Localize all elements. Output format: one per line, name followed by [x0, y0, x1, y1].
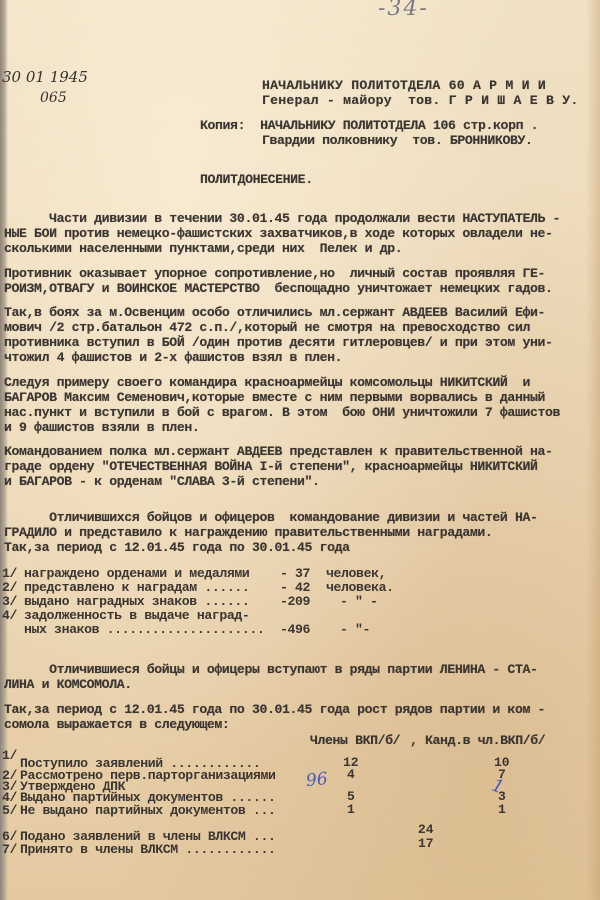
komsomol-row-label: Принято в члены ВЛКСМ ............ [20, 842, 275, 857]
awards-list-value: - 37 [280, 566, 310, 581]
awards-list-marker: 2/ [2, 580, 17, 595]
awards-list-label: выдано наградных знаков ...... [24, 594, 249, 609]
paragraph-2-line: Противник оказывает упорное сопротивлени… [4, 266, 545, 281]
party-row-marker: 1/ [2, 748, 17, 763]
paragraph-3-line: чтожил 4 фашистов и 2-х фашистов взял в … [4, 350, 342, 365]
addressee-line-1: НАЧАЛЬНИКУ ПОЛИТОТДЕЛА 60 А Р М И И [262, 78, 546, 93]
awards-list-unit: - " - [340, 594, 378, 609]
party-row-marker: 5/ [2, 803, 17, 818]
awards-list-marker: 1/ [2, 566, 17, 581]
handwritten-blue-note: 96 [305, 769, 329, 791]
party-row-members: 1 [347, 802, 355, 817]
document-title: ПОЛИТДОНЕСЕНИЕ. [200, 172, 313, 187]
party-row-candidates: 1 [498, 802, 506, 817]
paragraph-3-line: Так,в боях за м.Освенцим особо отличилис… [4, 305, 545, 320]
paragraph-3-line: противника вступил в БОЙ /один против де… [4, 335, 553, 350]
paragraph-8-line: сомола выражается в следующем: [4, 717, 229, 732]
awards-list-value: -209 [280, 594, 310, 609]
copy-line-1: Копия: НАЧАЛЬНИКУ ПОЛИТОТДЕЛА 106 стр.ко… [200, 118, 538, 133]
awards-list-label: задолженность в выдаче наград- [24, 608, 249, 623]
awards-list-value: -496 [280, 622, 310, 637]
awards-list-label: награждено орденами и медалями [24, 566, 249, 581]
awards-list-label: представлено к наградам ...... [24, 580, 249, 595]
page-edge [586, 0, 600, 900]
party-row-members: 4 [347, 767, 355, 782]
paragraph-4-line: Следуя примеру своего командира красноар… [4, 375, 530, 390]
komsomol-row-value: 17 [418, 836, 434, 851]
awards-list-unit: - "- [340, 622, 370, 637]
komsomol-row-value: 24 [418, 822, 434, 837]
paragraph-7-line: ЛИНА и КОМСОМОЛА. [4, 677, 132, 692]
addressee-line-2: Генерал - майору тов. Г Р И Ш А Е В У. [262, 93, 578, 108]
party-table-header-members: Члены ВКП/б/ [310, 733, 400, 748]
paragraph-7-line: Отличившиеся бойцы и офицеры вступают в … [4, 662, 537, 677]
paragraph-5-line: Командованием полка мл.сержант АВДЕЕВ пр… [4, 444, 553, 459]
komsomol-row-marker: 7/ [2, 842, 17, 857]
paragraph-8-line: Так,за период с 12.01.45 года по 30.01.4… [4, 702, 545, 717]
paragraph-4-line: и 9 фашистов взяли в плен. [4, 420, 199, 435]
paragraph-1-line: сколькими населенными пунктами,среди них… [4, 241, 402, 256]
paragraph-2-line: РОИЗМ,ОТВАГУ и ВОИНСКОЕ МАСТЕРСТВО беспо… [4, 281, 553, 296]
paragraph-3-line: мович /2 стр.батальон 472 с.п./,который … [4, 320, 530, 335]
paragraph-6-line: Отличившихся бойцов и офицеров командова… [4, 510, 537, 525]
awards-list-unit: человека. [326, 580, 394, 595]
paragraph-4-line: нас.пункт и вступили в бой с врагом. В э… [4, 405, 560, 420]
paragraph-6-line: Так,за период с 12.01.45 года по 30.01.4… [4, 540, 350, 555]
paragraph-6-line: ГРАДИЛО и представило к награждению прав… [4, 525, 492, 540]
awards-list-marker: 3/ [2, 594, 17, 609]
awards-list-unit: человек, [326, 566, 386, 581]
awards-list-marker: 4/ [2, 608, 17, 623]
party-row-label: Не выдано партийных документов ... [20, 803, 275, 818]
party-table-header-candidates: , Канд.в чл.ВКП/б/ [410, 733, 545, 748]
paragraph-1-line: НЫЕ БОИ против немецко-фашистских захват… [4, 226, 553, 241]
handwritten-date: 30 01 1945 [2, 68, 88, 86]
paragraph-5-line: граде ордену "ОТЕЧЕСТВЕННАЯ ВОЙНА I-й ст… [4, 459, 537, 474]
awards-list-label: ных знаков ..................... [24, 622, 264, 637]
paragraph-1-line: Части дивизии в течении 30.01.45 года пр… [4, 211, 560, 226]
page-number: -34- [378, 0, 429, 21]
awards-list-value: - 42 [280, 580, 310, 595]
handwritten-ref-number: 065 [40, 90, 67, 106]
paragraph-4-line: БАГАРОВ Максим Семенович,которые вместе … [4, 390, 545, 405]
paragraph-5-line: и БАГАРОВ - к орденам "СЛАВА 3-й степени… [4, 474, 320, 489]
copy-line-2: Гвардии полковнику тов. БРОННИКОВУ. [262, 133, 533, 148]
